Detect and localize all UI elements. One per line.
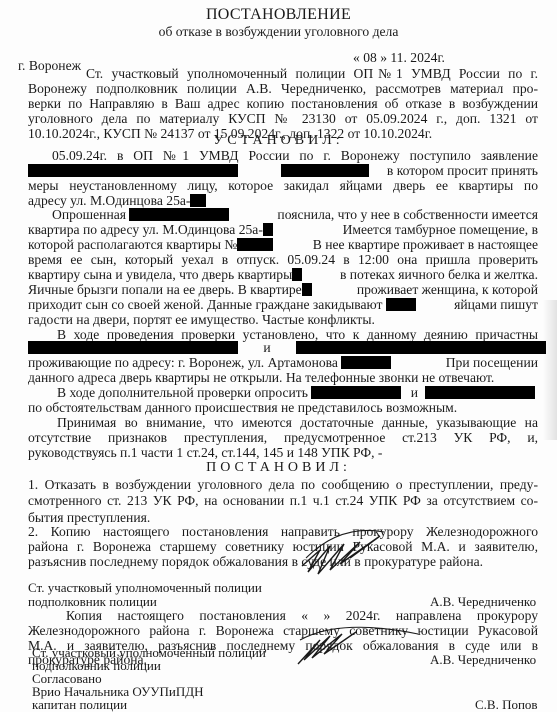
established-line: отсутствие признаков преступления, преду… bbox=[28, 430, 538, 445]
established-line: руководствуясь п.1 части 1 ст.24, ст.144… bbox=[28, 445, 382, 460]
established-line: адресу ул. М.Одинцова 25а- bbox=[28, 193, 206, 208]
redaction bbox=[28, 164, 238, 177]
copy-note-line: Железнодорожного района г. Воронежа стар… bbox=[28, 623, 538, 638]
established-line: в котором просит принять bbox=[28, 163, 538, 178]
established-line: и bbox=[28, 340, 538, 355]
signature-mark bbox=[300, 528, 390, 580]
established-heading: УСТАНОВИЛ: bbox=[0, 133, 557, 149]
established-line: Яичные брызги попали на ее дверь. В квар… bbox=[28, 282, 538, 297]
redaction bbox=[190, 194, 206, 207]
established-line: гадости на двери, портят ее имущество. Ч… bbox=[28, 312, 375, 327]
redaction bbox=[302, 283, 312, 296]
established-line: проживающие по адресу: г. Воронеж, ул. А… bbox=[28, 355, 538, 370]
redaction bbox=[263, 223, 273, 236]
established-line: 05.09.24г. в ОП №1 УМВД России по г. Вор… bbox=[52, 148, 538, 163]
redaction bbox=[129, 208, 229, 221]
signature-mark bbox=[290, 620, 420, 670]
signature2-name: А.В. Чередниченко bbox=[430, 652, 536, 667]
established-line: которой располагаются квартиры № В нее к… bbox=[28, 237, 538, 252]
resolved-line: смотренного ст. 213 УК РФ, на основании … bbox=[28, 493, 538, 508]
approval-name: С.В. Попов bbox=[475, 697, 538, 712]
redaction bbox=[386, 298, 416, 311]
document-title: ПОСТАНОВЛЕНИЕ bbox=[0, 6, 557, 24]
intro-line-1: Ст. участковый уполномоченный полиции ОП… bbox=[86, 66, 538, 81]
established-line: данного адреса дверь квартиры не открыли… bbox=[28, 370, 494, 385]
resolved-line: разъяснив последнему порядок обжалования… bbox=[28, 554, 483, 569]
intro-line-2: Воронежу подполковник полиции А.В. Черед… bbox=[28, 81, 538, 96]
resolved-line: 1. Отказать в возбуждении уголовного дел… bbox=[28, 477, 538, 492]
approval-rank: капитан полиции bbox=[32, 697, 127, 712]
signature1-rank: подполковник полиции bbox=[28, 594, 157, 609]
established-line: приходит сын со своей женой. Данные граж… bbox=[28, 297, 538, 312]
established-line: по обстоятельствам данного происшествия … bbox=[28, 400, 457, 415]
resolved-heading: ПОСТАНОВИЛ: bbox=[0, 460, 557, 476]
redaction bbox=[28, 341, 238, 354]
signature1-name: А.В. Чередниченко bbox=[430, 594, 536, 609]
established-line: квартира по адресу ул. М.Одинцова 25а- И… bbox=[28, 222, 538, 237]
redaction bbox=[292, 268, 302, 281]
redaction bbox=[341, 356, 391, 369]
resolved-line: бытия преступления. bbox=[28, 510, 150, 525]
redaction bbox=[311, 386, 401, 399]
redaction bbox=[425, 386, 535, 399]
document-city: г. Воронеж bbox=[18, 58, 81, 73]
established-line: время ее сын, который уехал в отпуск. 05… bbox=[28, 252, 538, 267]
document-page: ПОСТАНОВЛЕНИЕ об отказе в возбуждении уг… bbox=[0, 0, 557, 712]
document-subtitle: об отказе в возбуждении уголовного дела bbox=[0, 24, 557, 40]
redaction bbox=[237, 238, 273, 251]
established-line: В ходе дополнительной проверки опросить … bbox=[57, 385, 542, 400]
established-line: Принимая во внимание, что имеются достат… bbox=[57, 415, 538, 430]
redaction bbox=[281, 164, 369, 177]
redaction bbox=[296, 341, 546, 354]
document-date: « 08 » 11. 2024г. bbox=[353, 50, 445, 65]
scan-edge-shadow bbox=[543, 300, 557, 440]
resolved-line: 2. Копию настоящего постановления направ… bbox=[28, 524, 538, 539]
intro-line-3: верки по Направляю в Ваш адрес копию пос… bbox=[28, 96, 538, 111]
established-line: Опрошенная пояснила, что у нее в собстве… bbox=[52, 207, 538, 222]
resolved-line: района г. Воронежа старшему советнику юс… bbox=[28, 539, 538, 554]
established-line: меры неустановленному лицу, которое заки… bbox=[28, 178, 538, 193]
signature1-position: Ст. участковый уполномоченный полиции bbox=[28, 580, 262, 595]
intro-line-4: уголовного дела по материалу КУСП № 2313… bbox=[28, 111, 538, 126]
established-line: квартиру сына и увидела, что дверь кварт… bbox=[28, 267, 538, 282]
